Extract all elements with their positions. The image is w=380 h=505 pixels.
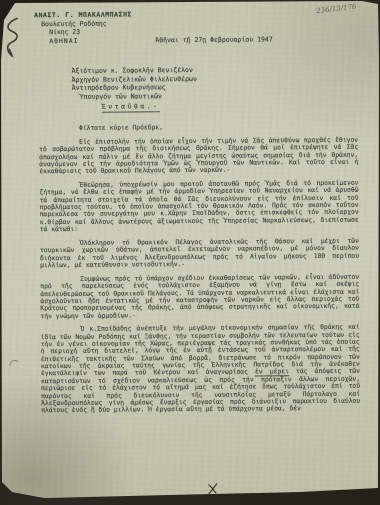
letter-paper: ΑΝΑΣΤ. Γ. ΜΠΑΚΑΛΜΠΑΣΗΣ Βουλευτής Ροδόπης… [0,0,380,505]
letter-content: ΑΝΑΣΤ. Γ. ΜΠΑΚΑΛΜΠΑΣΗΣ Βουλευτής Ροδόπης… [0,0,380,505]
location-line: Ἐνταῦθα.- [102,102,160,113]
date-line: Ἀθῆναι τῇ 27ῃ Φεβρουαρίου 1947 [155,35,272,44]
salutation: Φίλτατε κύριε Πρόεδρε, [39,123,358,133]
body-paragraph: Συμφώνως πρός τό ὑπάρχον σχέδιον ἐκκαθαρ… [40,274,359,321]
body-paragraph: Ὁ κ.Σποϊδάδης ἀνέπτυξε τήν μεγάλην οἰκον… [41,324,361,415]
letter-body: Φίλτατε κύριε Πρόεδρε, Εἰς ἐπιστολήν τήν… [39,123,360,415]
recipient-block: Ἀξιότιμον κ. Σοφοκλῆν Βενιζέλον Ἀρχηγόν … [72,66,198,113]
body-paragraph: Εἰς ἐπιστολήν τήν ὁποίαν εἶχον τήν τιμήν… [39,137,358,176]
sender-city: ΑΘΗΝΑΙ [49,36,132,45]
handwritten-reference: 236/13/176 [316,0,377,15]
body-paragraph: Ἐθεώρησα, ὑποχρέωσίν μου προτοῦ ἀποτανθῶ… [39,180,358,234]
ink-squiggle-icon [3,16,27,64]
body-paragraph: Ὁλόκληρον τό Θρακικόν Πέλαγος ἀνατολικῶς… [40,238,359,270]
margin-tick-icon [8,353,20,372]
sender-name: ΑΝΑΣΤ. Γ. ΜΠΑΚΑΛΜΠΑΣΗΣ [34,10,132,19]
letterhead: ΑΝΑΣΤ. Γ. ΜΠΑΚΑΛΜΠΑΣΗΣ Βουλευτής Ροδόπης… [34,10,132,45]
